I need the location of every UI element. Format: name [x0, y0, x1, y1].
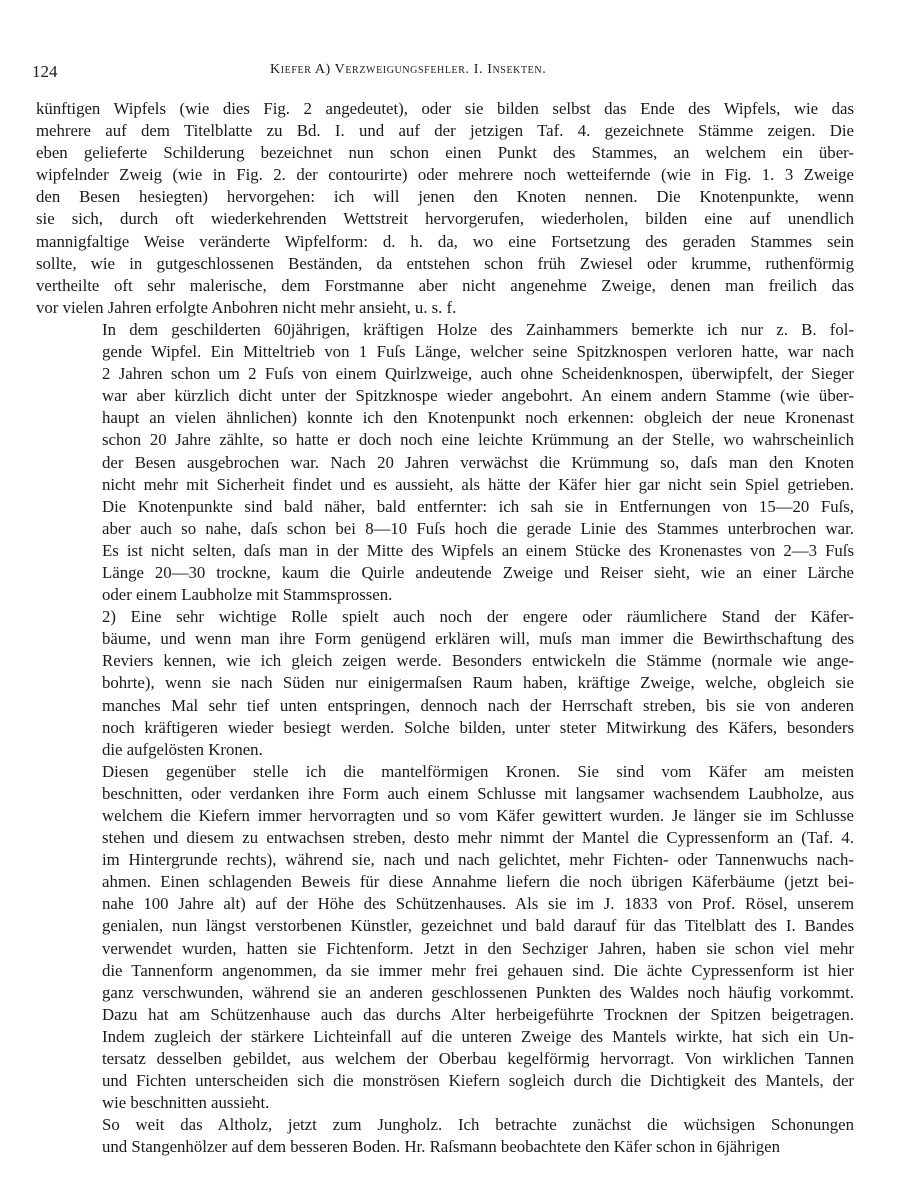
text-line: ganz verschwunden, während sie an andere… [36, 982, 854, 1004]
text-line: künftigen Wipfels (wie dies Fig. 2 anged… [36, 98, 854, 120]
text-line: gende Wipfel. Ein Mitteltrieb von 1 Fuſs… [36, 341, 854, 363]
text-line: stehen und diesem zu entwachsen streben,… [36, 827, 854, 849]
paragraph: 2) Eine sehr wichtige Rolle spielt auch … [36, 606, 854, 761]
text-line: der Besen ausgebrochen war. Nach 20 Jahr… [36, 452, 854, 474]
text-line: mehrere auf dem Titelblatte zu Bd. I. un… [36, 120, 854, 142]
text-line: schon 20 Jahre zählte, so hatte er doch … [36, 429, 854, 451]
text-line: Reviers kennen, wie ich gleich zeigen we… [36, 650, 854, 672]
text-line: und Fichten unterscheiden sich die monst… [36, 1070, 854, 1092]
text-line: manches Mal sehr tief unten entspringen,… [36, 695, 854, 717]
page-body: künftigen Wipfels (wie dies Fig. 2 anged… [36, 98, 854, 1159]
text-line: Dazu hat am Schützenhause auch das durch… [36, 1004, 854, 1026]
text-line: beschnitten, oder verdanken ihre Form au… [36, 783, 854, 805]
paragraph: So weit das Altholz, jetzt zum Jungholz.… [36, 1114, 854, 1158]
text-line: oder einem Laubholze mit Stammsprossen. [36, 584, 854, 606]
paragraph: künftigen Wipfels (wie dies Fig. 2 anged… [36, 98, 854, 319]
paragraph: In dem geschilderten 60jährigen, kräftig… [36, 319, 854, 606]
page-number: 124 [32, 62, 58, 82]
paragraph: Diesen gegenüber stelle ich die mantelfö… [36, 761, 854, 1115]
text-line: noch kräftigeren wieder besiegt werden. … [36, 717, 854, 739]
text-line: nahe 100 Jahre alt) auf der Höhe des Sch… [36, 893, 854, 915]
page-header: 124 Kiefer A) Verzweigungsfehler. I. Ins… [32, 60, 852, 84]
text-line: eben gelieferte Schilderung bezeichnet n… [36, 142, 854, 164]
text-line: tersatz desselben gebildet, aus welchem … [36, 1048, 854, 1070]
text-line: genialen, nun längst verstorbenen Künstl… [36, 915, 854, 937]
text-line: aber auch so nahe, daſs schon bei 8—10 F… [36, 518, 854, 540]
text-line: vertheilte oft sehr malerische, dem Fors… [36, 275, 854, 297]
text-line: verwendet wurden, hatten sie Fichtenform… [36, 938, 854, 960]
text-line: haupt an vielen ähnlichen) konnte ich de… [36, 407, 854, 429]
text-line: und Stangenhölzer auf dem besseren Boden… [36, 1136, 854, 1158]
text-line: sollte, wie in gutgeschlossenen Bestände… [36, 253, 854, 275]
text-line: nicht mehr mit Sicherheit findet und es … [36, 474, 854, 496]
text-line: den Besen hesiegten) hervorgehen: ich wi… [36, 186, 854, 208]
text-line: Indem zugleich der stärkere Lichteinfall… [36, 1026, 854, 1048]
text-line: mannigfaltige Weise veränderte Wipfelfor… [36, 231, 854, 253]
text-line: Länge 20—30 trockne, kaum die Quirle and… [36, 562, 854, 584]
text-line: bäume, und wenn man ihre Form genügend e… [36, 628, 854, 650]
text-line: im Hintergrunde rechts), während sie, na… [36, 849, 854, 871]
text-line: war aber kürzlich dicht unter der Spitzk… [36, 385, 854, 407]
text-line: wie beschnitten aussieht. [36, 1092, 854, 1114]
text-line: 2 Jahren schon um 2 Fuſs von einem Quirl… [36, 363, 854, 385]
text-line: sie sich, durch oft wiederkehrenden Wett… [36, 208, 854, 230]
text-line: So weit das Altholz, jetzt zum Jungholz.… [36, 1114, 854, 1136]
running-head: Kiefer A) Verzweigungsfehler. I. Insekte… [270, 62, 546, 78]
text-line: 2) Eine sehr wichtige Rolle spielt auch … [36, 606, 854, 628]
text-line: wipfelnder Zweig (wie in Fig. 2. der con… [36, 164, 854, 186]
text-line: welchem die Kiefern immer hervorragten u… [36, 805, 854, 827]
text-line: Die Knotenpunkte sind bald näher, bald e… [36, 496, 854, 518]
text-line: die Tannenform angenommen, da sie immer … [36, 960, 854, 982]
text-line: Es ist nicht selten, daſs man in der Mit… [36, 540, 854, 562]
text-line: die aufgelösten Kronen. [36, 739, 854, 761]
text-line: vor vielen Jahren erfolgte Anbohren nich… [36, 297, 854, 319]
text-line: bohrte), wenn sie nach Süden nur einiger… [36, 672, 854, 694]
text-line: In dem geschilderten 60jährigen, kräftig… [36, 319, 854, 341]
text-line: ahmen. Einen schlagenden Beweis für dies… [36, 871, 854, 893]
text-line: Diesen gegenüber stelle ich die mantelfö… [36, 761, 854, 783]
